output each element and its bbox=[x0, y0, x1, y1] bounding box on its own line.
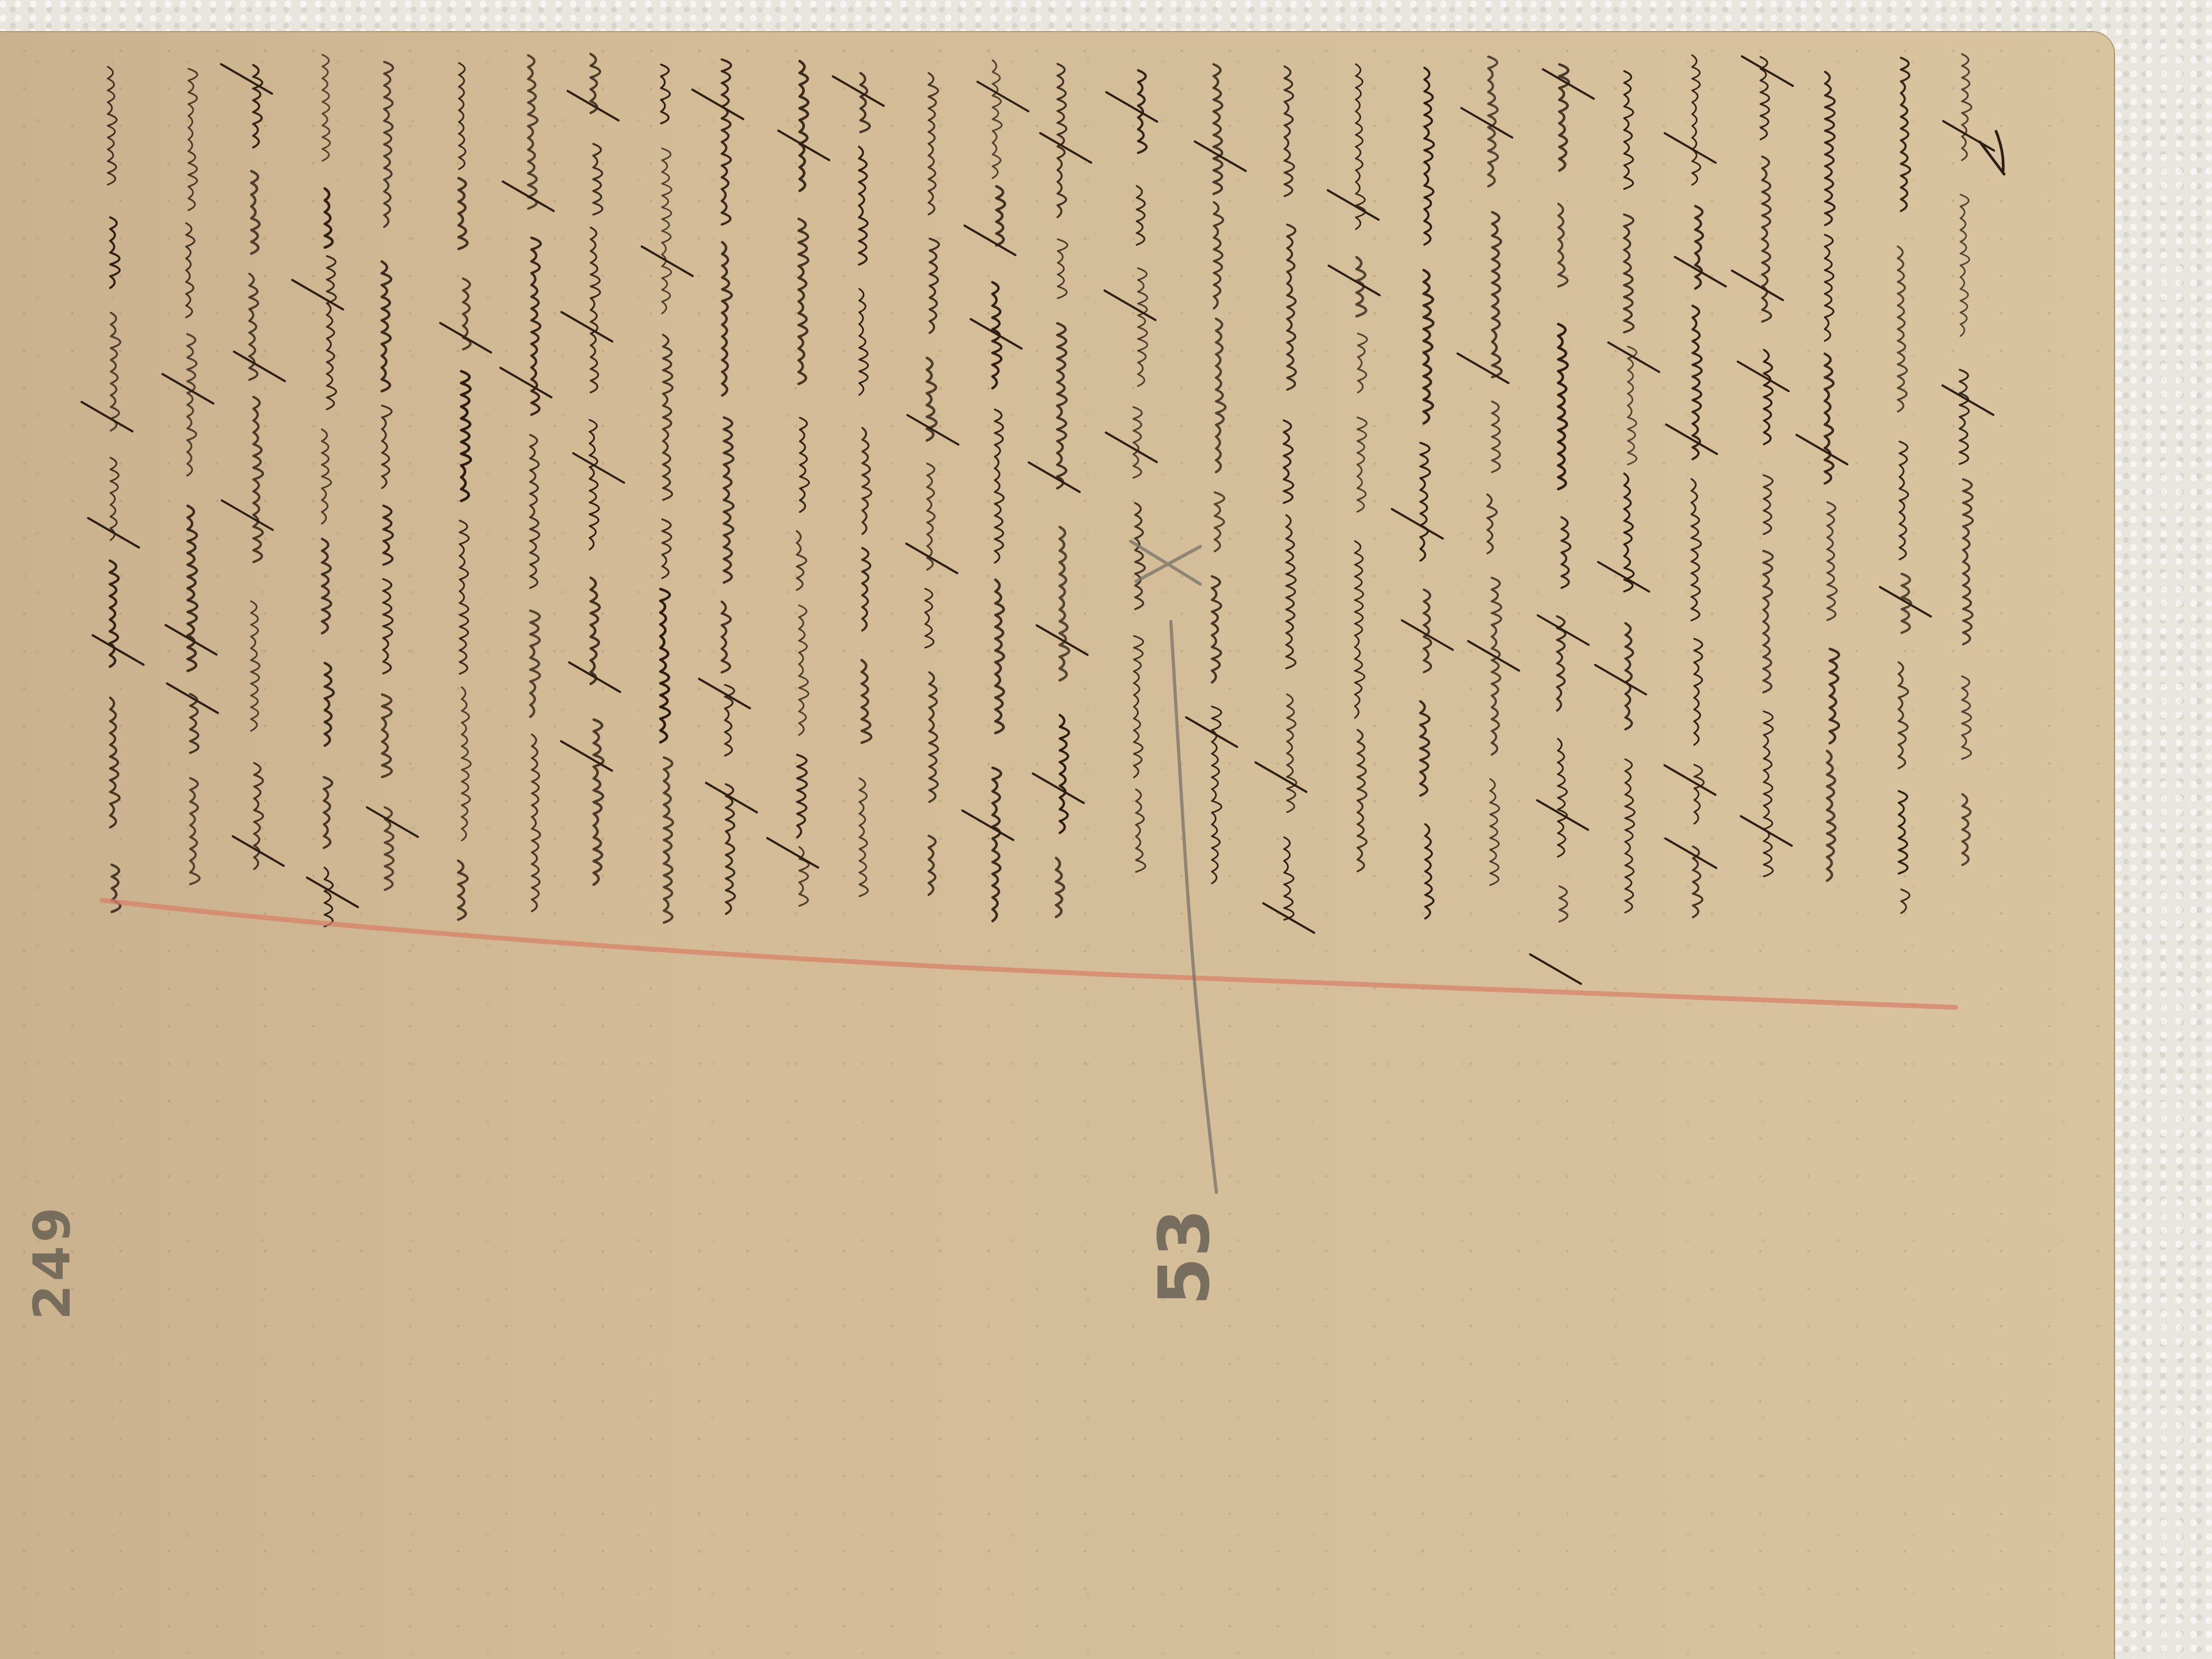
handwritten-word bbox=[1762, 156, 1772, 322]
handwritten-word bbox=[110, 217, 120, 288]
handwritten-word bbox=[108, 67, 117, 185]
handwritten-word bbox=[929, 836, 936, 895]
handwritten-word bbox=[1060, 527, 1069, 681]
handwritten-word bbox=[1692, 479, 1701, 621]
handwritten-stroke bbox=[1738, 362, 1789, 391]
handwritten-word bbox=[1825, 354, 1833, 483]
handwritten-word bbox=[530, 435, 539, 588]
manuscript-markings bbox=[0, 0, 2212, 1659]
handwritten-word bbox=[591, 578, 600, 684]
handwritten-word bbox=[1287, 694, 1296, 812]
handwritten-word bbox=[1492, 212, 1501, 377]
handwritten-word bbox=[323, 55, 330, 161]
handwritten-word bbox=[110, 698, 120, 827]
handwritten-word bbox=[1424, 589, 1431, 672]
handwritten-stroke bbox=[81, 402, 132, 431]
handwritten-word bbox=[1214, 202, 1223, 308]
handwritten-word bbox=[722, 59, 731, 225]
handwritten-word bbox=[190, 778, 200, 884]
handwritten-stroke bbox=[977, 82, 1028, 111]
handwritten-word bbox=[530, 611, 540, 717]
handwritten-word bbox=[799, 606, 809, 735]
handwritten-word bbox=[724, 417, 734, 582]
handwritten-word bbox=[1694, 765, 1704, 824]
handwritten-word bbox=[382, 406, 392, 488]
handwritten-word bbox=[1899, 662, 1908, 768]
handwritten-word bbox=[186, 223, 195, 317]
handwritten-stroke bbox=[1797, 435, 1848, 465]
handwritten-word bbox=[593, 144, 602, 214]
handwritten-stroke bbox=[1468, 641, 1519, 670]
handwritten-stroke bbox=[162, 374, 213, 403]
handwritten-stroke bbox=[1106, 432, 1157, 462]
handwritten-stroke bbox=[1461, 108, 1512, 138]
handwritten-word bbox=[1901, 58, 1910, 211]
handwritten-word bbox=[1763, 712, 1773, 877]
handwritten-word bbox=[1624, 474, 1634, 592]
handwritten-word bbox=[862, 548, 870, 631]
handwritten-stroke bbox=[1598, 562, 1649, 592]
handwritten-word bbox=[322, 429, 331, 524]
handwritten-word bbox=[929, 73, 938, 214]
handwritten-word bbox=[1693, 306, 1702, 459]
handwritten-word bbox=[1763, 551, 1773, 692]
handwritten-word bbox=[1135, 503, 1145, 609]
handwritten-stroke bbox=[1732, 271, 1783, 300]
handwritten-word bbox=[1960, 370, 1969, 464]
handwritten-word bbox=[1358, 333, 1367, 392]
handwritten-word bbox=[325, 189, 332, 248]
handwritten-word bbox=[1425, 824, 1434, 918]
handwritten-word bbox=[459, 63, 465, 169]
handwritten-stroke bbox=[1665, 133, 1716, 163]
handwritten-word bbox=[1900, 442, 1908, 559]
handwritten-word bbox=[459, 178, 467, 249]
handwritten-word bbox=[663, 335, 672, 500]
handwritten-word bbox=[1134, 636, 1144, 778]
handwritten-word bbox=[992, 768, 1001, 921]
handwritten-word bbox=[324, 777, 332, 848]
handwritten-word bbox=[800, 418, 809, 512]
handwritten-word bbox=[532, 735, 540, 911]
handwritten-word bbox=[591, 227, 600, 392]
handwritten-stroke bbox=[970, 319, 1021, 348]
handwritten-word bbox=[1558, 204, 1567, 287]
handwritten-stroke bbox=[767, 838, 818, 868]
handwritten-stroke bbox=[307, 878, 358, 907]
page-number-249: 249 bbox=[23, 1204, 82, 1320]
handwritten-stroke bbox=[1033, 774, 1083, 803]
handwritten-word bbox=[997, 186, 1005, 245]
handwritten-stroke bbox=[1329, 266, 1380, 295]
handwritten-word bbox=[382, 261, 391, 391]
handwritten-stroke bbox=[500, 368, 551, 397]
handwritten-stroke bbox=[692, 89, 743, 119]
handwritten-stroke bbox=[906, 544, 957, 573]
handwritten-stroke bbox=[1104, 290, 1155, 320]
handwritten-word bbox=[1424, 68, 1434, 244]
handwritten-word bbox=[1962, 676, 1971, 759]
handwritten-word bbox=[1899, 791, 1908, 873]
handwritten-word bbox=[1963, 479, 1973, 644]
handwritten-word bbox=[594, 720, 603, 885]
handwritten-word bbox=[528, 55, 537, 208]
handwritten-word bbox=[996, 580, 1004, 733]
handwritten-stroke bbox=[1943, 121, 1994, 151]
handwritten-word bbox=[661, 64, 670, 123]
handwritten-word bbox=[384, 506, 393, 565]
handwritten-word bbox=[862, 428, 871, 534]
handwritten-word bbox=[797, 755, 807, 838]
handwritten-word bbox=[322, 539, 331, 633]
handwritten-word bbox=[1284, 66, 1294, 196]
handwritten-word bbox=[1558, 739, 1567, 857]
handwritten-stroke bbox=[1543, 69, 1594, 99]
handwritten-word bbox=[798, 219, 808, 384]
handwritten-word bbox=[110, 458, 118, 540]
handwritten-word bbox=[1962, 794, 1970, 865]
handwritten-word bbox=[1488, 495, 1497, 554]
handwritten-word bbox=[722, 242, 732, 395]
handwritten-word bbox=[382, 694, 392, 777]
handwritten-stroke bbox=[965, 226, 1015, 255]
handwritten-word bbox=[859, 147, 868, 265]
red-crayon-line bbox=[102, 900, 1956, 1007]
handwritten-word bbox=[859, 289, 868, 395]
handwritten-stroke bbox=[1037, 625, 1088, 655]
handwritten-word bbox=[1827, 502, 1837, 620]
handwritten-word bbox=[461, 371, 471, 501]
handwritten-word bbox=[188, 334, 197, 475]
handwritten-word bbox=[1212, 576, 1221, 682]
handwritten-word bbox=[1138, 268, 1148, 386]
handwritten-stroke bbox=[1029, 462, 1080, 492]
handwritten-word bbox=[458, 861, 467, 920]
handwritten-word bbox=[722, 602, 731, 672]
handwritten-word bbox=[930, 238, 939, 333]
handwritten-stroke bbox=[562, 312, 612, 341]
handwritten-word bbox=[1764, 350, 1773, 444]
handwritten-word bbox=[995, 409, 1004, 563]
handwritten-stroke bbox=[1328, 190, 1379, 220]
handwritten-word bbox=[383, 579, 393, 674]
handwritten-stroke bbox=[1666, 424, 1717, 454]
handwritten-word bbox=[251, 601, 259, 731]
pencil-insertion-mark bbox=[1131, 541, 1216, 1192]
handwritten-word bbox=[862, 660, 871, 743]
folio-number-53: 53 bbox=[1144, 1209, 1225, 1306]
handwritten-word bbox=[1424, 270, 1433, 423]
handwritten-word bbox=[861, 73, 870, 132]
handwritten-word bbox=[1056, 858, 1064, 917]
handwritten-word bbox=[925, 589, 934, 648]
handwritten-word bbox=[1827, 751, 1835, 881]
handwritten-word bbox=[112, 865, 121, 912]
handwritten-word bbox=[1695, 206, 1703, 289]
handwritten-word bbox=[1830, 649, 1839, 743]
handwritten-word bbox=[1624, 71, 1633, 189]
handwritten-word bbox=[1558, 324, 1567, 489]
handwritten-word bbox=[1284, 421, 1294, 503]
handwritten-stroke bbox=[1665, 839, 1716, 868]
handwritten-word bbox=[1901, 890, 1910, 913]
handwritten-word bbox=[1692, 55, 1700, 185]
handwritten-word bbox=[1625, 623, 1633, 729]
handwritten-word bbox=[992, 60, 1002, 178]
handwritten-stroke bbox=[221, 64, 272, 94]
handwritten-word bbox=[1490, 779, 1499, 885]
catchword-strokes bbox=[1980, 131, 2004, 174]
handwritten-word bbox=[1286, 515, 1296, 668]
handwritten-word bbox=[1355, 541, 1364, 718]
handwritten-stroke bbox=[1256, 763, 1306, 792]
handwritten-word bbox=[1356, 64, 1365, 229]
handwritten-word bbox=[110, 561, 118, 667]
handwritten-stroke bbox=[88, 518, 139, 548]
handwritten-stroke bbox=[1040, 133, 1091, 162]
handwriting-lines bbox=[81, 54, 1994, 984]
handwritten-stroke bbox=[1530, 954, 1581, 984]
handwritten-word bbox=[1628, 347, 1636, 465]
handwritten-stroke bbox=[567, 91, 618, 121]
handwritten-word bbox=[253, 397, 263, 562]
handwritten-word bbox=[1625, 759, 1635, 913]
handwritten-stroke bbox=[1402, 621, 1453, 650]
handwritten-word bbox=[664, 758, 673, 923]
handwritten-word bbox=[662, 148, 671, 313]
handwritten-word bbox=[797, 531, 806, 590]
handwritten-word bbox=[1825, 72, 1835, 225]
handwritten-stroke bbox=[1392, 509, 1443, 539]
handwritten-word bbox=[860, 779, 868, 896]
handwritten-word bbox=[1492, 578, 1501, 754]
handwritten-stroke bbox=[1608, 342, 1659, 372]
handwritten-word bbox=[1694, 639, 1702, 745]
handwritten-word bbox=[1420, 701, 1429, 796]
handwritten-word bbox=[1559, 886, 1567, 922]
handwritten-word bbox=[1961, 195, 1970, 336]
handwritten-word bbox=[460, 520, 469, 674]
handwritten-stroke bbox=[292, 280, 343, 309]
handwritten-word bbox=[251, 171, 259, 253]
handwritten-stroke bbox=[222, 500, 273, 530]
handwritten-word bbox=[799, 847, 809, 906]
handwritten-stroke bbox=[642, 246, 693, 276]
handwritten-word bbox=[325, 663, 334, 745]
handwritten-word bbox=[1898, 246, 1907, 412]
handwritten-word bbox=[1357, 730, 1366, 871]
handwritten-word bbox=[662, 519, 671, 578]
handwritten-stroke bbox=[1595, 665, 1646, 694]
handwritten-word bbox=[1137, 186, 1145, 245]
handwritten-stroke bbox=[167, 684, 218, 713]
handwritten-word bbox=[190, 694, 199, 753]
handwritten-word bbox=[1057, 323, 1066, 488]
handwritten-word bbox=[188, 506, 197, 671]
handwritten-stroke bbox=[699, 679, 750, 708]
handwritten-word bbox=[1287, 225, 1296, 390]
handwritten-word bbox=[1058, 239, 1067, 298]
handwritten-word bbox=[1962, 54, 1971, 160]
handwritten-word bbox=[1060, 715, 1069, 833]
handwritten-word bbox=[327, 256, 336, 409]
handwritten-word bbox=[799, 61, 808, 191]
handwritten-stroke bbox=[1106, 92, 1157, 122]
handwritten-word bbox=[1133, 407, 1142, 478]
handwritten-stroke bbox=[561, 741, 612, 771]
handwritten-word bbox=[384, 62, 393, 227]
handwritten-stroke bbox=[573, 453, 624, 483]
photo-scene: 249 53 bbox=[0, 0, 2212, 1659]
handwritten-word bbox=[1492, 401, 1500, 472]
handwritten-word bbox=[1357, 417, 1367, 512]
handwritten-word bbox=[660, 589, 670, 742]
handwritten-word bbox=[111, 313, 121, 431]
handwritten-word bbox=[726, 784, 735, 914]
handwritten-word bbox=[1057, 64, 1066, 217]
handwritten-word bbox=[462, 687, 471, 841]
handwritten-word bbox=[253, 65, 262, 147]
handwritten-word bbox=[1216, 319, 1225, 472]
handwritten-word bbox=[1214, 64, 1222, 194]
handwritten-stroke bbox=[1264, 903, 1314, 933]
handwritten-stroke bbox=[1664, 765, 1715, 795]
handwritten-word bbox=[324, 868, 333, 926]
handwritten-word bbox=[1284, 837, 1294, 920]
handwritten-word bbox=[929, 672, 938, 802]
handwritten-word bbox=[1561, 517, 1571, 588]
handwritten-stroke bbox=[833, 77, 884, 106]
handwritten-word bbox=[1136, 789, 1146, 872]
handwritten-word bbox=[1421, 443, 1430, 561]
handwritten-word bbox=[1215, 492, 1224, 551]
handwritten-word bbox=[1825, 235, 1833, 341]
handwritten-word bbox=[1624, 214, 1634, 332]
handwritten-stroke bbox=[234, 352, 285, 381]
handwritten-word bbox=[189, 69, 198, 210]
handwritten-word bbox=[589, 420, 599, 550]
handwritten-stroke bbox=[962, 811, 1013, 840]
handwritten-word bbox=[927, 464, 935, 570]
handwritten-word bbox=[1763, 475, 1773, 534]
handwritten-word bbox=[1488, 57, 1498, 186]
